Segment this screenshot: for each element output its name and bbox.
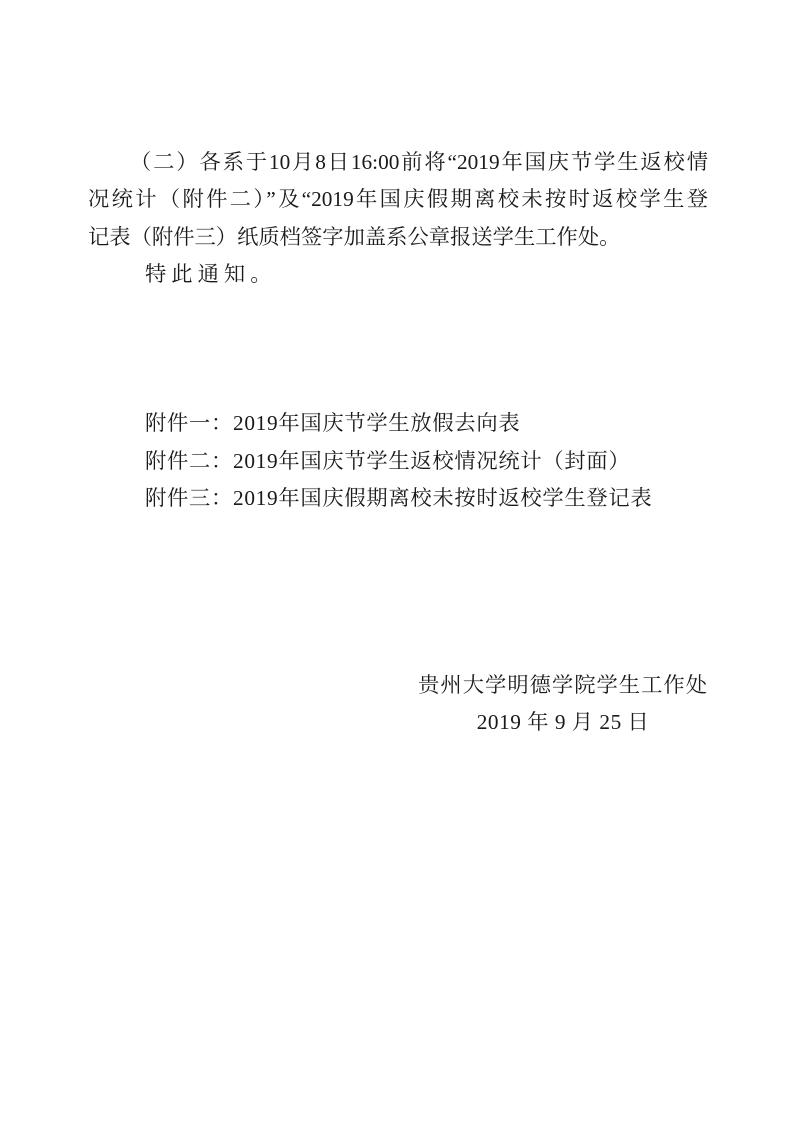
attachment-item-2: 附件二：2019年国庆节学生返校情况统计（封面） — [88, 443, 708, 480]
closing-statement: 特此通知。 — [88, 256, 708, 293]
blank-lines — [88, 517, 708, 666]
page-content: （二）各系于10月8日16:00前将“2019年国庆节学生返校情 况统计（附件二… — [88, 144, 708, 741]
signature-department: 贵州大学明德学院学生工作处 — [418, 667, 708, 704]
attachment-item-3: 附件三：2019年国庆假期离校未按时返校学生登记表 — [88, 480, 708, 517]
signature-block: 贵州大学明德学院学生工作处 2019 年 9 月 25 日 — [88, 667, 708, 742]
document-page: （二）各系于10月8日16:00前将“2019年国庆节学生返校情 况统计（附件二… — [0, 0, 793, 1122]
body-paragraph-line-1: （二）各系于10月8日16:00前将“2019年国庆节学生返校情 — [88, 144, 708, 181]
blank-lines — [88, 293, 708, 405]
attachment-item-1: 附件一：2019年国庆节学生放假去向表 — [88, 405, 708, 442]
body-paragraph-line-3: 记表（附件三）纸质档签字加盖系公章报送学生工作处。 — [88, 219, 708, 256]
signature-date: 2019 年 9 月 25 日 — [418, 704, 708, 741]
signature-inner: 贵州大学明德学院学生工作处 2019 年 9 月 25 日 — [418, 667, 708, 742]
body-paragraph-line-2: 况统计（附件二）”及“2019年国庆假期离校未按时返校学生登 — [88, 181, 708, 218]
